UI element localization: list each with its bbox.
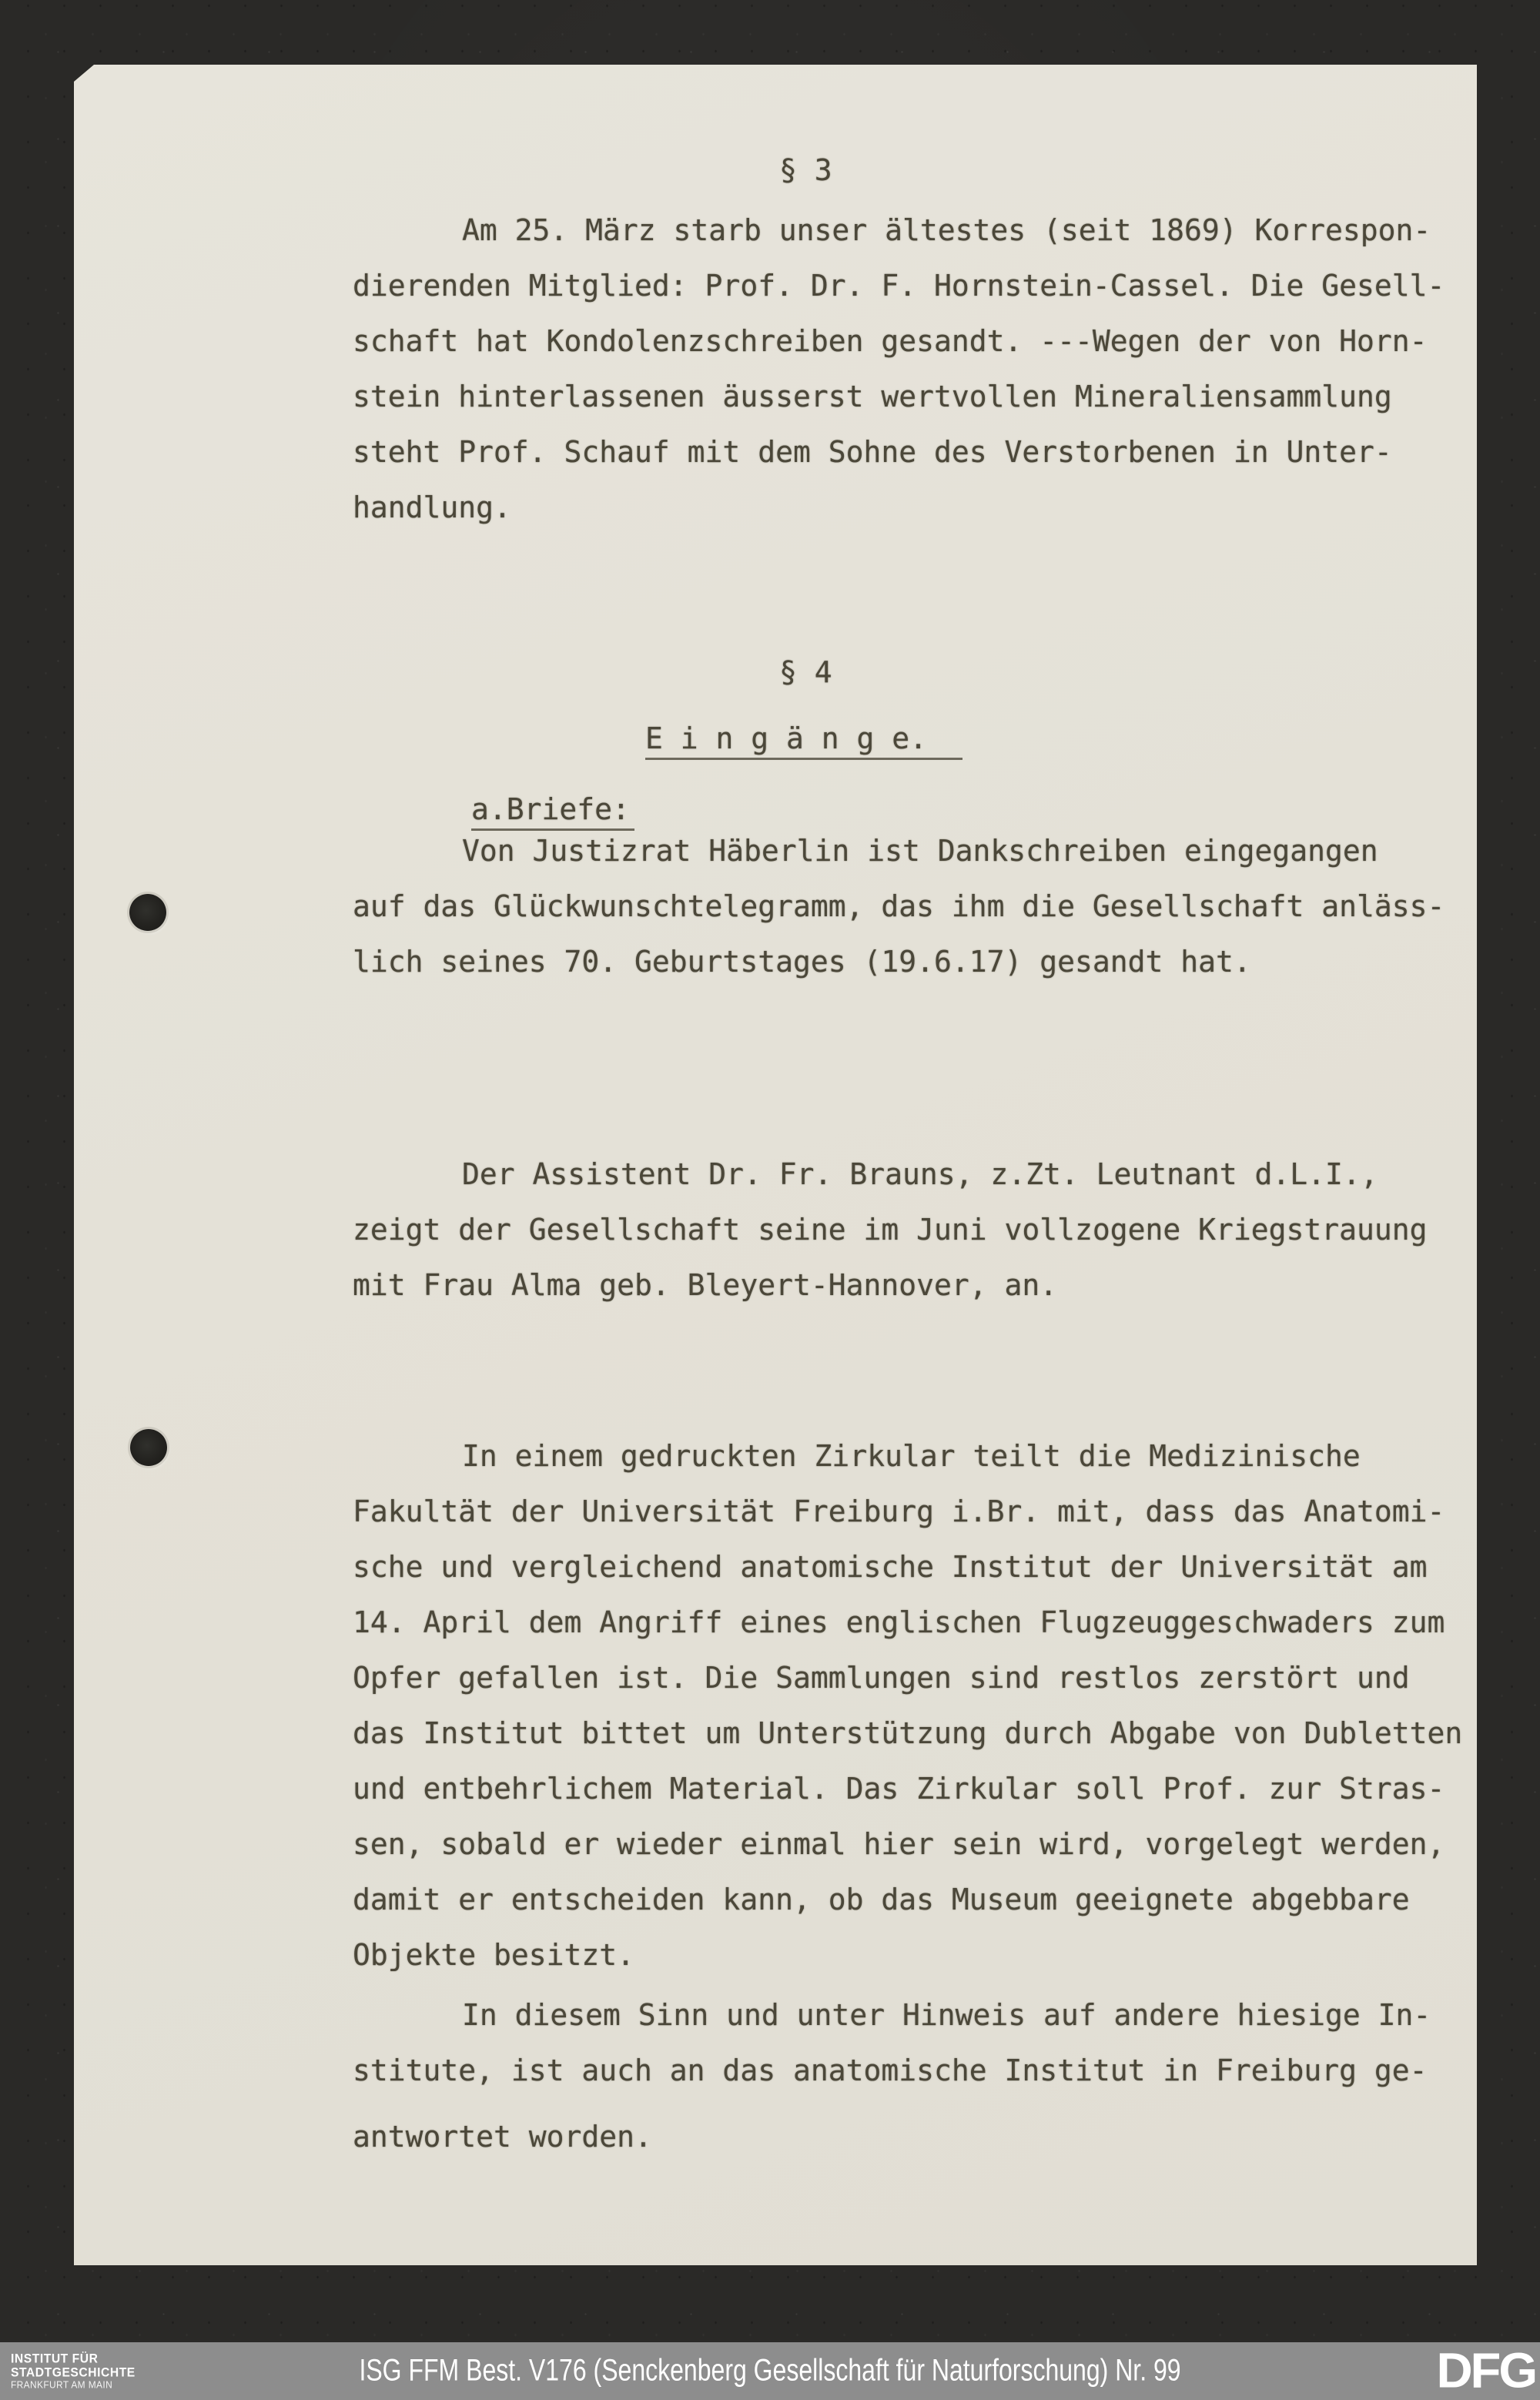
typed-line: stein hinterlassenen äusserst wertvollen… bbox=[353, 369, 1446, 424]
section-3-heading: § 3 bbox=[779, 142, 832, 198]
typed-line: dierenden Mitglied: Prof. Dr. F. Hornste… bbox=[353, 258, 1446, 313]
typed-line: damit er entscheiden kann, ob das Museum… bbox=[353, 1872, 1446, 1927]
typed-line: In diesem Sinn und unter Hinweis auf and… bbox=[353, 1987, 1446, 2043]
typed-line: sche und vergleichend anatomische Instit… bbox=[353, 1539, 1446, 1595]
document-page: § 3 Am 25. März starb unser ältestes (se… bbox=[74, 65, 1477, 2265]
typed-line: zeigt der Gesellschaft seine im Juni vol… bbox=[353, 1202, 1446, 1257]
institute-logo: INSTITUT FÜR STADTGESCHICHTE FRANKFURT A… bbox=[11, 2351, 136, 2391]
paragraph-brauns: Der Assistent Dr. Fr. Brauns, z.Zt. Leut… bbox=[353, 1146, 1446, 1313]
typed-line: Fakultät der Universität Freiburg i.Br. … bbox=[353, 1484, 1446, 1539]
typed-line: und entbehrlichem Material. Das Zirkular… bbox=[353, 1761, 1446, 1816]
paragraph-haeberlin: Von Justizrat Häberlin ist Dankschreiben… bbox=[353, 823, 1446, 989]
institute-logo-line: STADTGESCHICHTE bbox=[11, 2365, 136, 2379]
hole-punch-top bbox=[129, 894, 166, 931]
typed-line: Opfer gefallen ist. Die Sammlungen sind … bbox=[353, 1650, 1446, 1705]
paragraph-hornstein: Am 25. März starb unser ältestes (seit 1… bbox=[353, 203, 1446, 535]
typed-line: handlung. bbox=[353, 480, 1446, 535]
typed-line: sen, sobald er wieder einmal hier sein w… bbox=[353, 1816, 1446, 1872]
typed-line: stitute, ist auch an das anatomische Ins… bbox=[353, 2043, 1446, 2098]
typed-line: lich seines 70. Geburtstages (19.6.17) g… bbox=[353, 934, 1446, 989]
typed-line: antwortet worden. bbox=[353, 2109, 1446, 2164]
typed-line: 14. April dem Angriff eines englischen F… bbox=[353, 1595, 1446, 1650]
typed-line: Am 25. März starb unser ältestes (seit 1… bbox=[353, 203, 1446, 258]
institute-logo-line: INSTITUT FÜR bbox=[11, 2351, 136, 2365]
typed-line: Objekte besitzt. bbox=[353, 1927, 1446, 1983]
institute-logo-line: FRANKFURT AM MAIN bbox=[11, 2380, 136, 2391]
footer-bar: INSTITUT FÜR STADTGESCHICHTE FRANKFURT A… bbox=[0, 2342, 1540, 2400]
section-4-title: E i n g ä n g e. bbox=[645, 721, 962, 760]
typed-line: mit Frau Alma geb. Bleyert-Hannover, an. bbox=[353, 1257, 1446, 1313]
typed-line: steht Prof. Schauf mit dem Sohne des Ver… bbox=[353, 424, 1446, 480]
typed-line: Der Assistent Dr. Fr. Brauns, z.Zt. Leut… bbox=[353, 1146, 1446, 1202]
section-4-heading: § 4 bbox=[779, 644, 832, 700]
typed-line: Von Justizrat Häberlin ist Dankschreiben… bbox=[353, 823, 1446, 879]
paragraph-antwort: In diesem Sinn und unter Hinweis auf and… bbox=[353, 1987, 1446, 2164]
hole-punch-bottom bbox=[130, 1429, 167, 1466]
dfg-logo: DFG bbox=[1436, 2345, 1535, 2395]
typed-line: schaft hat Kondolenzschreiben gesandt. -… bbox=[353, 313, 1446, 369]
archive-reference: ISG FFM Best. V176 (Senckenberg Gesellsc… bbox=[154, 2353, 1386, 2388]
paragraph-zirkular: In einem gedruckten Zirkular teilt die M… bbox=[353, 1428, 1446, 1983]
scan-background: § 3 Am 25. März starb unser ältestes (se… bbox=[0, 0, 1540, 2400]
typed-line: das Institut bittet um Unterstützung dur… bbox=[353, 1705, 1446, 1761]
typed-line: auf das Glückwunschtelegramm, das ihm di… bbox=[353, 879, 1446, 934]
typed-line: In einem gedruckten Zirkular teilt die M… bbox=[353, 1428, 1446, 1484]
